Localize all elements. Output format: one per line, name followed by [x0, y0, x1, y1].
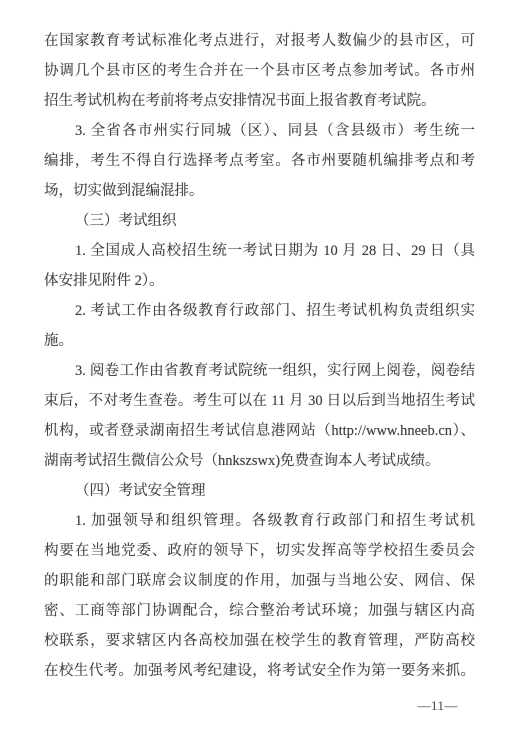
text-line: 2. 考试工作由各级教育行政部门、招生考试机构负责组织实	[44, 296, 475, 326]
text-line: 构要在当地党委、政府的领导下，切实发挥高等学校招生委员会	[44, 536, 475, 566]
text-line: 束后，不对考生查卷。考生可以在 11 月 30 日以后到当地招生考试	[44, 386, 475, 416]
text-line: 3. 全省各市州实行同城（区）、同县（含县级市）考生统一	[44, 116, 475, 146]
document-body: 在国家教育考试标准化考点进行，对报考人数偏少的县市区，可协调几个县市区的考生合并…	[44, 26, 475, 686]
text-line: 1. 全国成人高校招生统一考试日期为 10 月 28 日、29 日（具	[44, 236, 475, 266]
text-line: 密、工商等部门协调配合，综合整治考试环境；加强与辖区内高	[44, 596, 475, 626]
text-line: 施。	[44, 326, 475, 356]
text-line: 1. 加强领导和组织管理。各级教育行政部门和招生考试机	[44, 506, 475, 536]
text-line: （三）考试组织	[44, 206, 475, 236]
text-line: 招生考试机构在考前将考点安排情况书面上报省教育考试院。	[44, 86, 475, 116]
text-line: 机构，或者登录湖南招生考试信息港网站（http://www.hneeb.cn）、	[44, 416, 475, 446]
text-line: 在校生代考。加强考风考纪建设，将考试安全作为第一要务来抓。	[44, 656, 475, 686]
text-line: 在国家教育考试标准化考点进行，对报考人数偏少的县市区，可	[44, 26, 475, 56]
text-line: 编排，考生不得自行选择考点考室。各市州要随机编排考点和考	[44, 146, 475, 176]
page-number: —11—	[417, 698, 458, 714]
text-line: 湖南考试招生微信公众号（hnkszswx)免费查询本人考试成绩。	[44, 446, 475, 476]
text-line: （四）考试安全管理	[44, 476, 475, 506]
text-line: 3. 阅卷工作由省教育考试院统一组织，实行网上阅卷，阅卷结	[44, 356, 475, 386]
text-line: 校联系，要求辖区内各高校加强在校学生的教育管理，严防高校	[44, 626, 475, 656]
text-line: 的职能和部门联席会议制度的作用，加强与当地公安、网信、保	[44, 566, 475, 596]
text-line: 体安排见附件 2）。	[44, 266, 475, 296]
document-page: 在国家教育考试标准化考点进行，对报考人数偏少的县市区，可协调几个县市区的考生合并…	[0, 0, 505, 736]
text-line: 协调几个县市区的考生合并在一个县市区考点参加考试。各市州	[44, 56, 475, 86]
text-line: 场，切实做到混编混排。	[44, 176, 475, 206]
